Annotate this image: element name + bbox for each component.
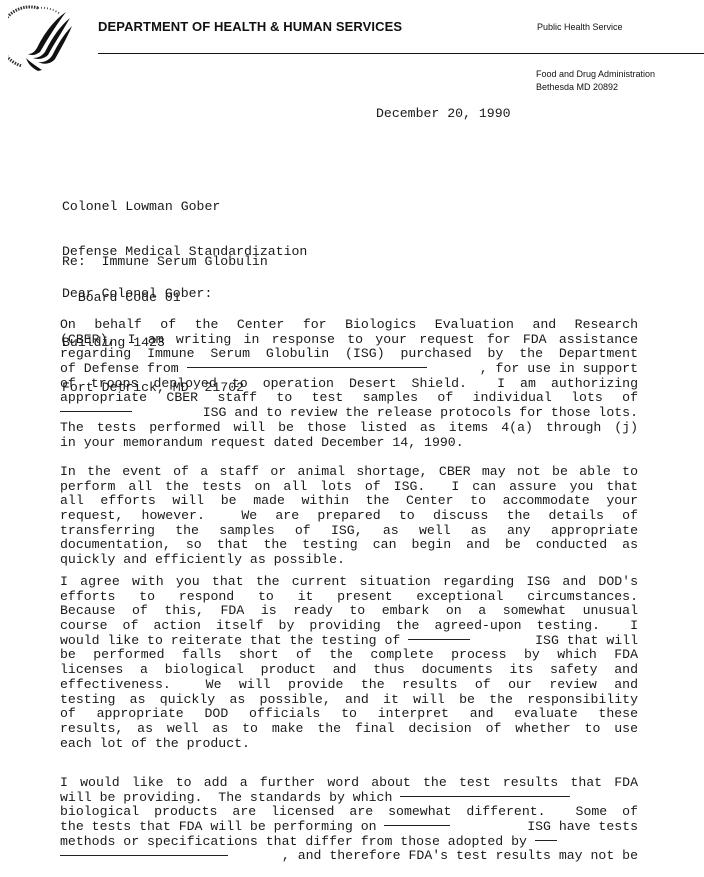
body-line: I agree with you that the current situat… [60,575,638,590]
redaction-bar [400,796,570,797]
letter-date: December 20, 1990 [376,106,511,121]
body-line: in your memorandum request dated Decembe… [60,436,638,451]
body-line: licenses a biological product and thus d… [60,663,638,678]
body-line: (CBER), I am writing in response to your… [60,333,638,348]
department-name: DEPARTMENT OF HEALTH & HUMAN SERVICES [98,19,402,34]
body-line: I would like to add a further word about… [60,776,638,791]
body-line: of appropriate DOD officials to interpre… [60,707,638,722]
body-line: methods or specifications that differ fr… [60,835,638,850]
subject-line: Re: Immune Serum Globulin [62,254,268,269]
body-line: ISG and to review the release protocols … [60,406,638,421]
body-line: In the event of a staff or animal shorta… [60,465,638,480]
body-line: results, as well as to make the final de… [60,722,638,737]
agency-address: Bethesda MD 20892 [536,81,655,94]
body-line: Because of this, FDA is ready to embark … [60,604,638,619]
service-name: Public Health Service [537,22,623,32]
hhs-eagle-seal-icon [8,4,80,74]
body-line: quickly and efficiently as possible. [60,553,638,568]
body-line: request, however. We are prepared to dis… [60,509,638,524]
redaction-bar [408,639,470,640]
redaction-bar [384,825,450,826]
body-line: will be providing. The standards by whic… [60,791,638,806]
redaction-bar [60,855,228,856]
body-line: The tests performed will be those listed… [60,421,638,436]
recipient-line: Colonel Lowman Gober [62,199,307,214]
body-line: documentation, so that the testing can b… [60,538,638,553]
redaction-bar [60,411,132,412]
body-line: of Defense from , for use in support [60,362,638,377]
body-line: the tests that FDA will be performing on… [60,820,638,835]
body-line: , and therefore FDA's test results may n… [60,849,638,864]
body-paragraph: I would like to add a further word about… [60,776,638,864]
body-line: would like to reiterate that the testing… [60,634,638,649]
redaction-bar [535,840,557,841]
body-line: On behalf of the Center for Biologics Ev… [60,318,638,333]
redaction-bar [187,367,427,368]
letterhead-divider [98,53,704,54]
body-line: of troops deployed to operation Desert S… [60,377,638,392]
body-line: efforts to respond to it present excepti… [60,590,638,605]
body-line: transferring the samples of ISG, as well… [60,524,638,539]
body-line: regarding Immune Serum Globulin (ISG) pu… [60,347,638,362]
body-line: each lot of the product. [60,737,638,752]
agency-name: Food and Drug Administration [536,68,655,81]
salutation: Dear Colonel Gober: [62,286,212,301]
body-line: perform all the tests on all lots of ISG… [60,480,638,495]
agency-block: Food and Drug Administration Bethesda MD… [536,68,655,94]
body-line: course of action itself by providing the… [60,619,638,634]
body-line: all efforts will be made within the Cent… [60,494,638,509]
body-line: be performed falls short of the complete… [60,648,638,663]
body-line: testing as quickly as possible, and it w… [60,693,638,708]
body-paragraph: I agree with you that the current situat… [60,575,638,751]
body-paragraph: On behalf of the Center for Biologics Ev… [60,318,638,450]
body-paragraph: In the event of a staff or animal shorta… [60,465,638,568]
body-line: effectiveness. We will provide the resul… [60,678,638,693]
body-line: biological products are licensed are som… [60,805,638,820]
body-line: appropriate CBER staff to test samples o… [60,391,638,406]
